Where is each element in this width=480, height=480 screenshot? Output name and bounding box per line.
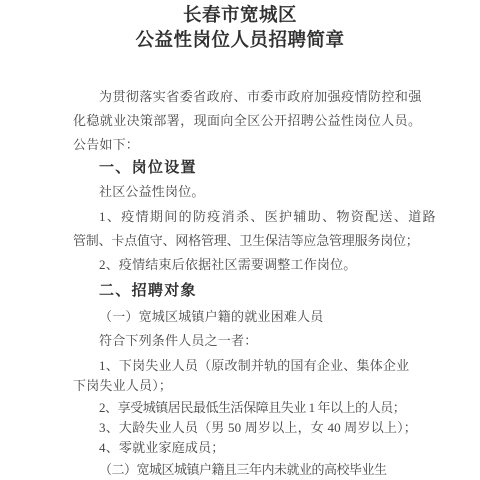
- body-line: 公告如下：: [73, 136, 139, 154]
- body-line: 下岗失业人员）；: [73, 377, 172, 395]
- document-title-line-2: 公益性岗位人员招聘简章: [0, 31, 480, 52]
- section-heading-2: 二、招聘对象: [99, 281, 197, 301]
- body-line: 管制、卡点值守、网格管理、卫生保洁等应急管理服务岗位；: [73, 232, 419, 250]
- document-title-line-1: 长春市宽城区: [0, 6, 480, 27]
- body-line: （二）宽城区城镇户籍且三年内未就业的高校毕业生: [99, 461, 387, 479]
- body-line: 符合下列条件人员之一者：: [99, 332, 257, 350]
- body-line: 化稳就业决策部署，现面向全区公开招聘公益性岗位人员。: [73, 112, 421, 130]
- body-line: 2、疫情结束后依据社区需要调整工作岗位。: [99, 256, 357, 274]
- body-line: 1、疫情期间的防疫消杀、医护辅助、物资配送、道路: [99, 208, 437, 226]
- body-line: 2、享受城镇居民最低生活保障且失业 1 年以上的人员；: [99, 399, 405, 417]
- body-line: 为贯彻落实省委省政府、市委市政府加强疫情防控和强: [99, 88, 422, 106]
- section-heading-1: 一、岗位设置: [99, 158, 197, 178]
- body-line: 4、零就业家庭成员；: [99, 439, 225, 457]
- body-line: 社区公益性岗位。: [99, 183, 205, 201]
- body-line: 3、大龄失业人员（男 50 周岁以上，女 40 周岁以上）；: [99, 419, 417, 437]
- body-line: （一）宽城区城镇户籍的就业困难人员: [99, 308, 323, 326]
- body-line: 1、下岗失业人员（原改制并轨的国有企业、集体企业: [99, 357, 409, 375]
- document-page: 长春市宽城区 公益性岗位人员招聘简章 为贯彻落实省委省政府、市委市政府加强疫情防…: [0, 0, 480, 480]
